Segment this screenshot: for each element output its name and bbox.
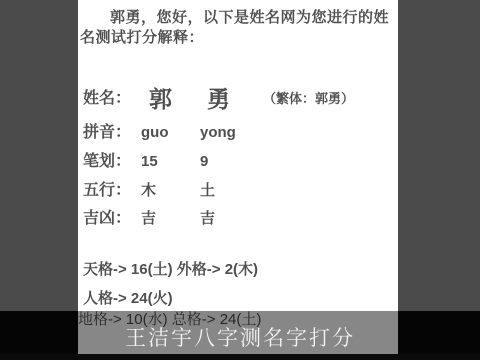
five-elements-value-1: 木 [141, 179, 200, 200]
strokes-label: 笔划： [83, 148, 141, 171]
name-test-panel: 郭勇，您好，以下是姓名网为您进行的姓名测试打分解释： 姓名：郭勇（繁体：郭勇） … [78, 0, 398, 354]
five-elements-label: 五行： [83, 177, 141, 200]
name-label: 姓名： [83, 84, 141, 114]
field-row-name: 姓名：郭勇（繁体：郭勇） [83, 84, 354, 114]
traditional-form-note: （繁体：郭勇） [257, 84, 354, 114]
thumbnail-canvas: 郭勇，您好，以下是姓名网为您进行的姓名测试打分解释： 姓名：郭勇（繁体：郭勇） … [0, 0, 480, 360]
grid-line-tiange-waige: 天格-> 16(土) 外格-> 2(木) [83, 258, 258, 279]
greeting-text: 郭勇，您好，以下是姓名网为您进行的姓名测试打分解释： [80, 8, 392, 48]
strokes-value-1: 15 [141, 153, 200, 170]
caption-title: 王洁宇八字测名字打分 [125, 314, 355, 352]
field-row-pinyin: 拼音：guoyong [83, 119, 259, 142]
field-row-strokes: 笔划：159 [83, 148, 259, 171]
strokes-value-2: 9 [200, 153, 259, 170]
pinyin-label: 拼音： [83, 119, 141, 142]
field-row-five-elements: 五行：木土 [83, 177, 259, 200]
field-row-luck: 吉凶：吉吉 [83, 205, 259, 228]
five-elements-value-2: 土 [200, 179, 259, 200]
grid-line-renge: 人格-> 24(火) [83, 287, 173, 308]
pinyin-value-1: guo [141, 124, 200, 141]
luck-label: 吉凶： [83, 205, 141, 228]
name-char-1: 郭 [141, 84, 199, 114]
name-char-2: 勇 [199, 84, 257, 114]
caption-overlay-bar: 王洁宇八字测名字打分 [0, 311, 480, 354]
luck-value-2: 吉 [200, 207, 259, 228]
luck-value-1: 吉 [141, 207, 200, 228]
pinyin-value-2: yong [200, 124, 259, 141]
